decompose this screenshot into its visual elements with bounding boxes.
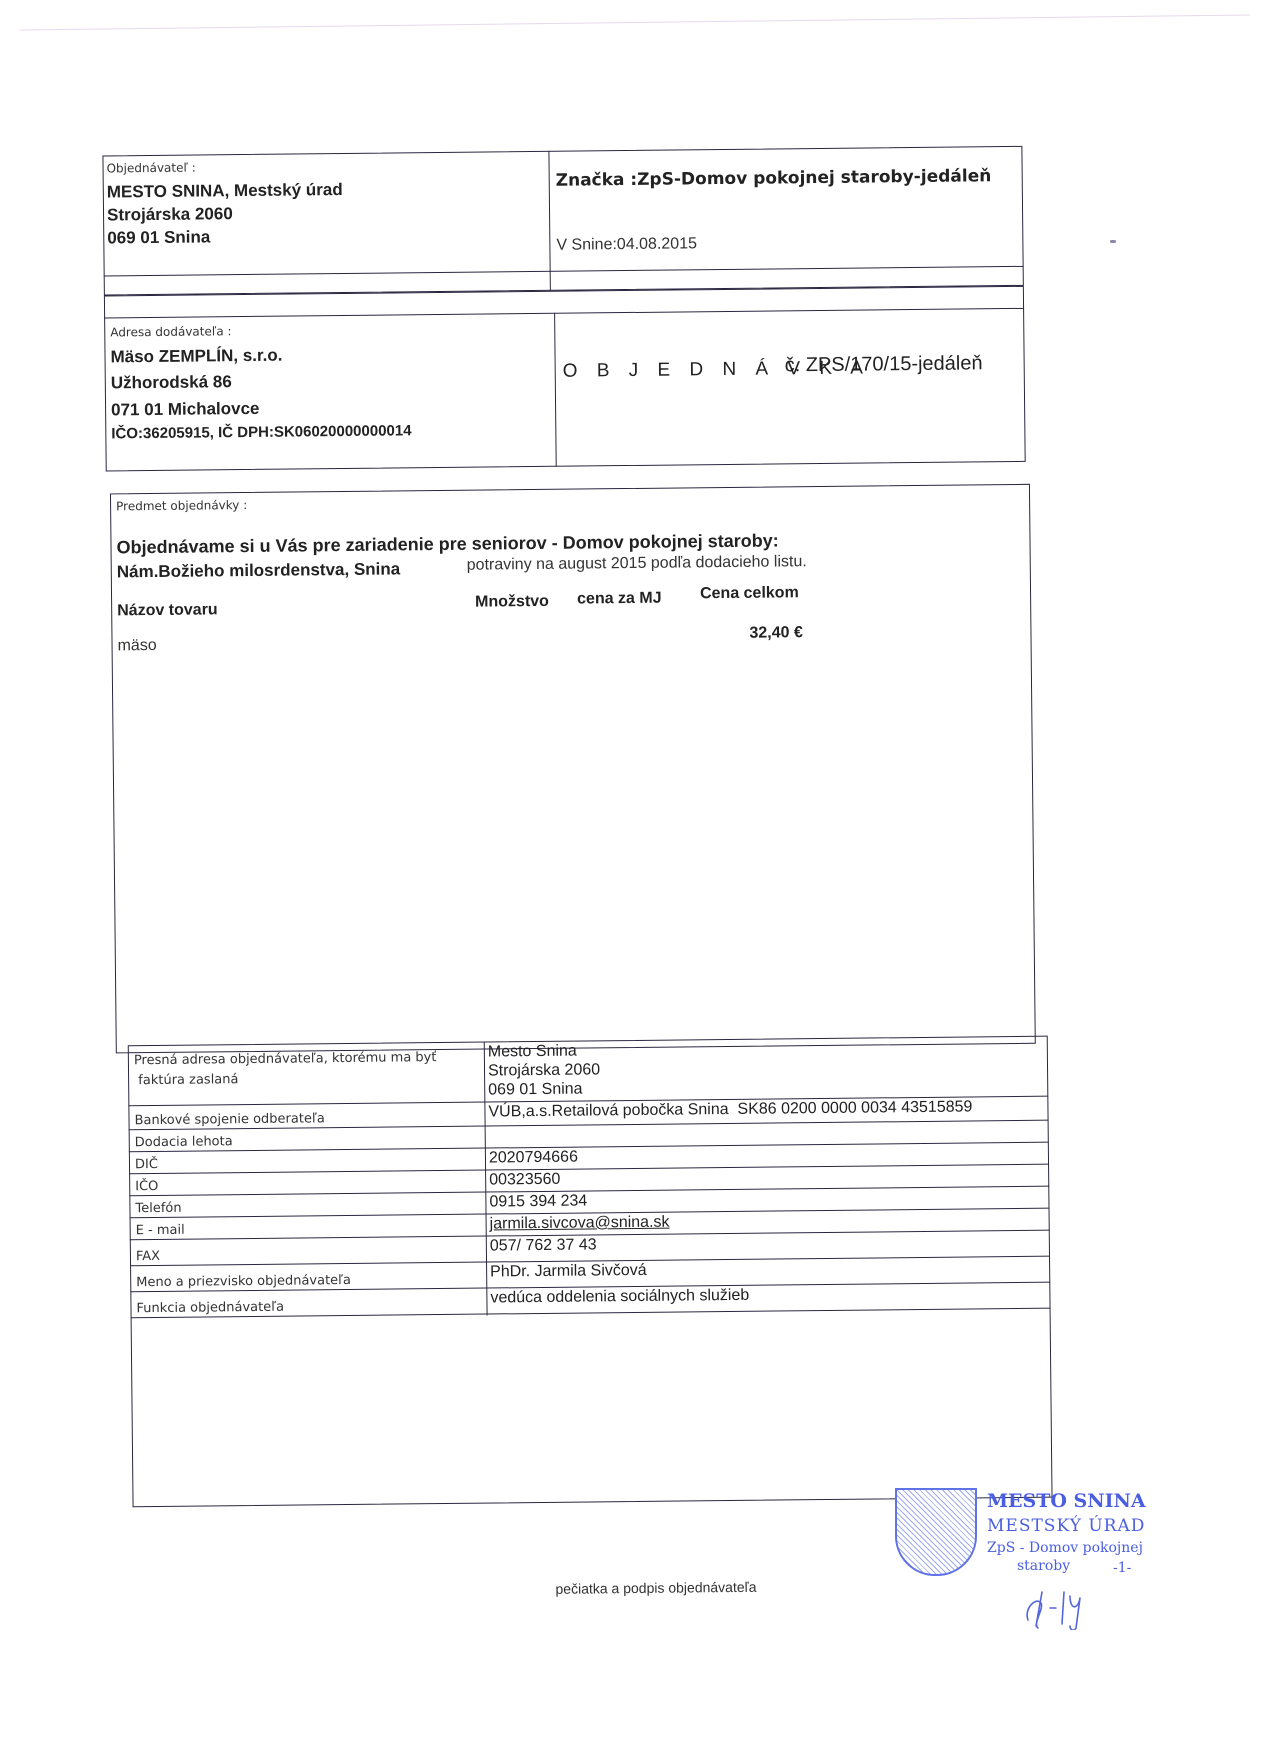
supplier-ids: IČO:36205915, IČ DPH:SK06020000000014 <box>111 422 411 442</box>
orderer-city: 069 01 Snina <box>107 227 210 248</box>
col-item-name: Názov tovaru <box>117 601 218 620</box>
details-label: Presná adresa objednávateľa, ktorému ma … <box>134 1048 437 1091</box>
stamp-number: -1- <box>1113 1560 1131 1576</box>
coat-of-arms-icon <box>895 1488 977 1576</box>
email-link[interactable]: jarmila.sivcova@snina.sk <box>490 1213 670 1234</box>
details-value: 0915 394 234 <box>489 1191 587 1211</box>
orderer-street: Strojárska 2060 <box>107 204 233 225</box>
details-value: 2020794666 <box>489 1148 578 1168</box>
handwritten-signature-icon <box>1020 1580 1110 1630</box>
supplier-name: Mäso ZEMPLÍN, s.r.o. <box>110 346 282 368</box>
subject-line2-left: Nám.Božieho milosrdenstva, Snina <box>117 559 401 582</box>
stamp-line2: MESTSKÝ ÚRAD <box>987 1516 1145 1536</box>
supplier-street: Užhorodská 86 <box>111 372 232 393</box>
details-value: Mesto Snina Strojárska 2060 069 01 Snina <box>488 1041 601 1099</box>
stamp-line4: staroby <box>1017 1558 1070 1574</box>
item-name: mäso <box>117 637 156 655</box>
stamp-line3: ZpS - Domov pokojnej <box>987 1540 1143 1556</box>
scan-speck <box>1110 240 1116 243</box>
orderer-name: MESTO SNINA, Mestský úrad <box>107 180 343 202</box>
supplier-city: 071 01 Michalovce <box>111 399 260 421</box>
details-value: 00323560 <box>489 1170 560 1190</box>
supplier-label: Adresa dodávateľa : <box>110 324 231 339</box>
stamp-line1: MESTO SNINA <box>987 1490 1146 1512</box>
col-total: Cena celkom <box>700 584 799 603</box>
item-total: 32,40 € <box>749 624 803 643</box>
col-quantity: Množstvo <box>475 593 549 612</box>
details-value: vedúca oddelenia sociálnych služieb <box>490 1286 749 1308</box>
items-list: mäso32,40 € <box>0 0 1255 7</box>
details-table: Presná adresa objednávateľa, ktorému ma … <box>0 0 1255 7</box>
details-value: PhDr. Jarmila Sivčová <box>490 1261 647 1282</box>
place-date: V Snine:04.08.2015 <box>556 235 697 254</box>
orderer-label: Objednávateľ : <box>106 161 195 176</box>
col-unit-price: cena za MJ <box>577 590 662 609</box>
subject-line2-right: potraviny na august 2015 podľa dodacieho… <box>467 553 807 575</box>
details-value: 057/ 762 37 43 <box>490 1235 597 1255</box>
order-number: č. ZPS/170/15-jedáleň <box>785 352 983 377</box>
signature-label: pečiatka a podpis objednávateľa <box>555 1579 756 1597</box>
subject-label: Predmet objednávky : <box>116 498 247 513</box>
